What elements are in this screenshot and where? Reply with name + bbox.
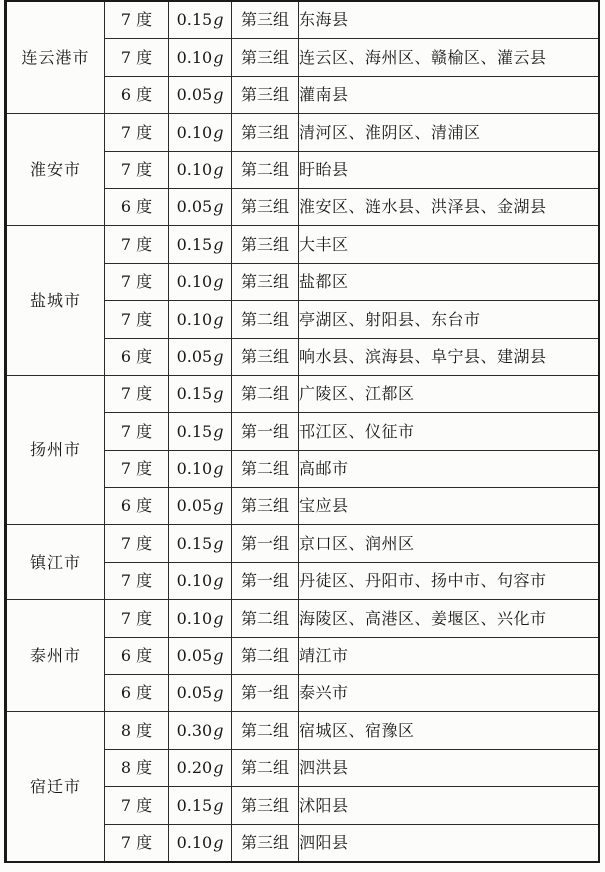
- acceleration-cell: 0.15g: [169, 787, 232, 824]
- design-group-cell: 第一组: [232, 675, 299, 712]
- city-cell: 宿迁市: [6, 712, 105, 862]
- acceleration-cell: 0.15g: [169, 226, 232, 263]
- design-group-cell: 第二组: [232, 600, 299, 637]
- acceleration-cell: 0.10g: [169, 562, 232, 599]
- acceleration-unit: g: [212, 609, 223, 628]
- intensity-cell: 7 度: [105, 301, 169, 338]
- acceleration-value: 0.10: [177, 459, 213, 478]
- acceleration-cell: 0.05g: [169, 637, 232, 674]
- table-row: 泰州市7 度0.10g第二组海陵区、高港区、姜堰区、兴化市: [6, 600, 599, 637]
- design-group-cell: 第三组: [232, 39, 299, 76]
- design-group-cell: 第三组: [232, 824, 299, 862]
- design-group-cell: 第一组: [232, 413, 299, 450]
- acceleration-value: 0.05: [177, 496, 213, 515]
- acceleration-unit: g: [212, 422, 223, 441]
- intensity-cell: 6 度: [105, 488, 169, 525]
- intensity-cell: 7 度: [105, 114, 169, 151]
- design-group-cell: 第二组: [232, 712, 299, 749]
- districts-cell: 高邮市: [299, 450, 599, 487]
- acceleration-value: 0.15: [177, 796, 213, 815]
- design-group-cell: 第三组: [232, 188, 299, 225]
- acceleration-value: 0.15: [177, 534, 213, 553]
- acceleration-unit: g: [212, 534, 223, 553]
- acceleration-cell: 0.10g: [169, 263, 232, 300]
- intensity-cell: 6 度: [105, 188, 169, 225]
- intensity-cell: 7 度: [105, 1, 169, 39]
- table-row: 淮安市7 度0.10g第三组清河区、淮阴区、清浦区: [6, 114, 599, 151]
- intensity-cell: 7 度: [105, 787, 169, 824]
- acceleration-cell: 0.10g: [169, 301, 232, 338]
- acceleration-cell: 0.10g: [169, 114, 232, 151]
- acceleration-unit: g: [212, 721, 223, 740]
- design-group-cell: 第三组: [232, 76, 299, 113]
- acceleration-value: 0.15: [177, 384, 213, 403]
- intensity-cell: 6 度: [105, 637, 169, 674]
- districts-cell: 盱眙县: [299, 151, 599, 188]
- design-group-cell: 第三组: [232, 338, 299, 375]
- districts-cell: 盐都区: [299, 263, 599, 300]
- table-row: 盐城市7 度0.15g第三组大丰区: [6, 226, 599, 263]
- districts-cell: 连云区、海州区、赣榆区、灌云县: [299, 39, 599, 76]
- acceleration-unit: g: [212, 459, 223, 478]
- districts-cell: 泗洪县: [299, 749, 599, 786]
- acceleration-value: 0.05: [177, 347, 213, 366]
- acceleration-cell: 0.05g: [169, 338, 232, 375]
- districts-cell: 大丰区: [299, 226, 599, 263]
- intensity-cell: 7 度: [105, 263, 169, 300]
- districts-cell: 响水县、滨海县、阜宁县、建湖县: [299, 338, 599, 375]
- districts-cell: 靖江市: [299, 637, 599, 674]
- acceleration-unit: g: [212, 796, 223, 815]
- intensity-cell: 7 度: [105, 375, 169, 412]
- acceleration-unit: g: [212, 571, 223, 590]
- design-group-cell: 第二组: [232, 450, 299, 487]
- document-page: 连云港市7 度0.15g第三组东海县7 度0.10g第三组连云区、海州区、赣榆区…: [0, 0, 605, 872]
- acceleration-unit: g: [212, 683, 223, 702]
- acceleration-cell: 0.10g: [169, 450, 232, 487]
- districts-cell: 灌南县: [299, 76, 599, 113]
- design-group-cell: 第二组: [232, 301, 299, 338]
- acceleration-unit: g: [212, 347, 223, 366]
- design-group-cell: 第三组: [232, 787, 299, 824]
- table-row: 宿迁市8 度0.30g第二组宿城区、宿豫区: [6, 712, 599, 749]
- districts-cell: 海陵区、高港区、姜堰区、兴化市: [299, 600, 599, 637]
- acceleration-cell: 0.15g: [169, 375, 232, 412]
- acceleration-value: 0.15: [177, 10, 213, 29]
- intensity-cell: 8 度: [105, 712, 169, 749]
- city-cell: 连云港市: [6, 1, 105, 114]
- design-group-cell: 第一组: [232, 525, 299, 562]
- districts-cell: 沭阳县: [299, 787, 599, 824]
- districts-cell: 东海县: [299, 1, 599, 39]
- acceleration-value: 0.10: [177, 571, 213, 590]
- acceleration-unit: g: [212, 235, 223, 254]
- city-cell: 淮安市: [6, 114, 105, 226]
- districts-cell: 泰兴市: [299, 675, 599, 712]
- acceleration-unit: g: [212, 160, 223, 179]
- acceleration-value: 0.10: [177, 272, 213, 291]
- districts-cell: 丹徒区、丹阳市、扬中市、句容市: [299, 562, 599, 599]
- design-group-cell: 第二组: [232, 637, 299, 674]
- design-group-cell: 第三组: [232, 114, 299, 151]
- design-group-cell: 第二组: [232, 151, 299, 188]
- table-row: 扬州市7 度0.15g第二组广陵区、江都区: [6, 375, 599, 412]
- design-group-cell: 第二组: [232, 375, 299, 412]
- districts-cell: 京口区、润州区: [299, 525, 599, 562]
- acceleration-cell: 0.05g: [169, 76, 232, 113]
- districts-cell: 亭湖区、射阳县、东台市: [299, 301, 599, 338]
- acceleration-unit: g: [212, 646, 223, 665]
- acceleration-value: 0.10: [177, 833, 213, 852]
- design-group-cell: 第三组: [232, 1, 299, 39]
- acceleration-unit: g: [212, 272, 223, 291]
- city-cell: 泰州市: [6, 600, 105, 712]
- districts-cell: 泗阳县: [299, 824, 599, 862]
- intensity-cell: 7 度: [105, 824, 169, 862]
- acceleration-unit: g: [212, 833, 223, 852]
- districts-cell: 宿城区、宿豫区: [299, 712, 599, 749]
- districts-cell: 清河区、淮阴区、清浦区: [299, 114, 599, 151]
- acceleration-unit: g: [212, 197, 223, 216]
- intensity-cell: 7 度: [105, 600, 169, 637]
- acceleration-unit: g: [212, 384, 223, 403]
- intensity-cell: 6 度: [105, 338, 169, 375]
- acceleration-cell: 0.10g: [169, 39, 232, 76]
- districts-cell: 宝应县: [299, 488, 599, 525]
- acceleration-value: 0.15: [177, 235, 213, 254]
- acceleration-value: 0.30: [177, 721, 213, 740]
- acceleration-value: 0.05: [177, 197, 213, 216]
- acceleration-cell: 0.10g: [169, 151, 232, 188]
- acceleration-cell: 0.05g: [169, 488, 232, 525]
- design-group-cell: 第三组: [232, 263, 299, 300]
- design-group-cell: 第一组: [232, 562, 299, 599]
- intensity-cell: 7 度: [105, 562, 169, 599]
- acceleration-value: 0.05: [177, 85, 213, 104]
- acceleration-value: 0.15: [177, 422, 213, 441]
- table-row: 连云港市7 度0.15g第三组东海县: [6, 1, 599, 39]
- design-group-cell: 第二组: [232, 749, 299, 786]
- acceleration-value: 0.10: [177, 609, 213, 628]
- intensity-cell: 7 度: [105, 39, 169, 76]
- city-cell: 扬州市: [6, 375, 105, 525]
- acceleration-cell: 0.20g: [169, 749, 232, 786]
- acceleration-value: 0.20: [177, 758, 213, 777]
- seismic-zoning-table-body: 连云港市7 度0.15g第三组东海县7 度0.10g第三组连云区、海州区、赣榆区…: [6, 1, 599, 862]
- city-cell: 盐城市: [6, 226, 105, 376]
- acceleration-cell: 0.30g: [169, 712, 232, 749]
- design-group-cell: 第三组: [232, 488, 299, 525]
- acceleration-cell: 0.05g: [169, 188, 232, 225]
- acceleration-unit: g: [212, 123, 223, 142]
- acceleration-value: 0.10: [177, 160, 213, 179]
- acceleration-cell: 0.10g: [169, 600, 232, 637]
- acceleration-value: 0.05: [177, 683, 213, 702]
- acceleration-cell: 0.15g: [169, 413, 232, 450]
- acceleration-cell: 0.05g: [169, 675, 232, 712]
- acceleration-value: 0.10: [177, 310, 213, 329]
- acceleration-value: 0.10: [177, 48, 213, 67]
- intensity-cell: 7 度: [105, 450, 169, 487]
- acceleration-unit: g: [212, 10, 223, 29]
- city-cell: 镇江市: [6, 525, 105, 600]
- acceleration-unit: g: [212, 496, 223, 515]
- acceleration-cell: 0.15g: [169, 525, 232, 562]
- acceleration-value: 0.10: [177, 123, 213, 142]
- districts-cell: 广陵区、江都区: [299, 375, 599, 412]
- acceleration-value: 0.05: [177, 646, 213, 665]
- intensity-cell: 7 度: [105, 151, 169, 188]
- intensity-cell: 6 度: [105, 675, 169, 712]
- acceleration-unit: g: [212, 85, 223, 104]
- design-group-cell: 第三组: [232, 226, 299, 263]
- intensity-cell: 7 度: [105, 413, 169, 450]
- acceleration-unit: g: [212, 310, 223, 329]
- districts-cell: 邗江区、仪征市: [299, 413, 599, 450]
- acceleration-unit: g: [212, 758, 223, 777]
- intensity-cell: 6 度: [105, 76, 169, 113]
- districts-cell: 淮安区、涟水县、洪泽县、金湖县: [299, 188, 599, 225]
- intensity-cell: 7 度: [105, 226, 169, 263]
- acceleration-cell: 0.10g: [169, 824, 232, 862]
- intensity-cell: 7 度: [105, 525, 169, 562]
- seismic-zoning-table: 连云港市7 度0.15g第三组东海县7 度0.10g第三组连云区、海州区、赣榆区…: [4, 0, 600, 863]
- acceleration-cell: 0.15g: [169, 1, 232, 39]
- intensity-cell: 8 度: [105, 749, 169, 786]
- table-row: 镇江市7 度0.15g第一组京口区、润州区: [6, 525, 599, 562]
- acceleration-unit: g: [212, 48, 223, 67]
